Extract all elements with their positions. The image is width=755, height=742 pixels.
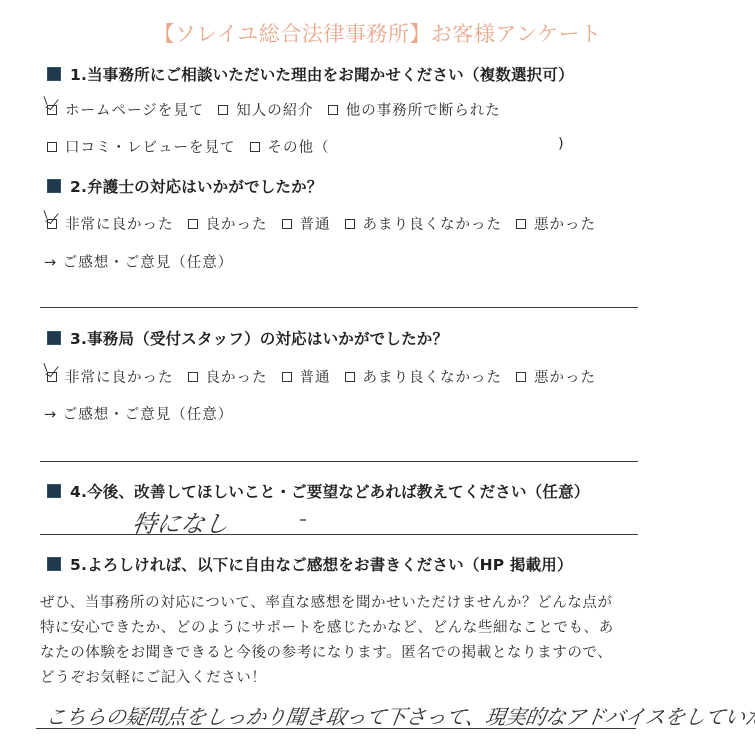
option-label: その他（	[268, 136, 330, 157]
instruction-line: ぜひ、当事務所の対応について、率直な感想を聞かせいただけませんか？どんな点が	[40, 591, 680, 616]
checkbox-icon[interactable]	[345, 219, 355, 229]
question-1-label: 1.当事務所にご相談いただいた理由をお聞かせください（複数選択可）	[70, 63, 574, 85]
option-average[interactable]: 普通	[282, 213, 331, 234]
instruction-line: なたの体験をお聞きできると今後の参考になります。匿名での掲載となりますので、	[40, 641, 680, 666]
bullet-square-icon	[47, 557, 61, 571]
question-5-label: 5.よろしければ、以下に自由なご感想をお書きください（HP 掲載用）	[70, 553, 573, 575]
option-label: 普通	[300, 213, 331, 234]
answer-line	[36, 728, 636, 729]
checkbox-checked-icon[interactable]	[47, 219, 57, 229]
option-label: 非常に良かった	[65, 213, 174, 234]
checkbox-icon[interactable]	[47, 142, 57, 152]
bullet-square-icon	[47, 331, 61, 345]
option-label: 口コミ・レビューを見て	[65, 136, 236, 157]
question-5: 5.よろしければ、以下に自由なご感想をお書きください（HP 掲載用）	[47, 553, 573, 575]
question-1: 1.当事務所にご相談いただいた理由をお聞かせください（複数選択可）	[47, 63, 574, 85]
checkbox-icon[interactable]	[188, 372, 198, 382]
instruction-line: どうぞお気軽にご記入ください！	[40, 666, 680, 691]
checkbox-icon[interactable]	[516, 219, 526, 229]
question-5-handwritten-answer[interactable]: こちらの疑問点をしっかり聞き取って下さって、現実的なアドバイスをしていただけた	[44, 700, 755, 730]
option-average[interactable]: 普通	[282, 366, 331, 387]
option-other[interactable]: その他（	[250, 136, 330, 157]
option-bad[interactable]: 悪かった	[516, 213, 596, 234]
option-rejected-elsewhere[interactable]: 他の事務所で断られた	[328, 99, 501, 120]
option-label: 悪かった	[534, 366, 596, 387]
option-not-very-good[interactable]: あまり良くなかった	[345, 366, 503, 387]
option-bad[interactable]: 悪かった	[516, 366, 596, 387]
answer-line	[40, 307, 638, 308]
question-3: 3.事務局（受付スタッフ）の対応はいかがでしたか？	[47, 327, 448, 349]
option-label: あまり良くなかった	[363, 213, 503, 234]
option-label: 悪かった	[534, 213, 596, 234]
question-3-label: 3.事務局（受付スタッフ）の対応はいかがでしたか？	[70, 327, 448, 349]
checkbox-icon[interactable]	[345, 372, 355, 382]
question-3-options: 非常に良かった 良かった 普通 あまり良くなかった 悪かった	[47, 366, 610, 387]
question-4-label: 4.今後、改善してほしいこと・ご要望などあれば教えてください（任意）	[70, 480, 589, 502]
question-2-options: 非常に良かった 良かった 普通 あまり良くなかった 悪かった	[47, 213, 610, 234]
question-3-comment-prompt: → ご感想・ご意見（任意）	[44, 403, 233, 424]
question-1-options-row-1: ホームページを見て 知人の紹介 他の事務所で断られた	[47, 99, 515, 120]
checkbox-icon[interactable]	[188, 219, 198, 229]
option-label: 良かった	[206, 366, 268, 387]
bullet-square-icon	[47, 484, 61, 498]
question-4: 4.今後、改善してほしいこと・ご要望などあれば教えてください（任意）	[47, 480, 589, 502]
checkbox-checked-icon[interactable]	[47, 105, 57, 115]
option-label: 他の事務所で断られた	[346, 99, 501, 120]
checkbox-icon[interactable]	[328, 105, 338, 115]
option-good[interactable]: 良かった	[188, 213, 268, 234]
checkbox-icon[interactable]	[250, 142, 260, 152]
option-label: 知人の紹介	[236, 99, 314, 120]
option-very-good[interactable]: 非常に良かった	[47, 213, 174, 234]
bullet-square-icon	[47, 67, 61, 81]
checkbox-icon[interactable]	[218, 105, 228, 115]
option-label: 普通	[300, 366, 331, 387]
option-very-good[interactable]: 非常に良かった	[47, 366, 174, 387]
other-close-paren: )	[558, 136, 564, 152]
option-label: あまり良くなかった	[363, 366, 503, 387]
stray-pen-mark	[300, 519, 306, 521]
survey-title: 【ソレイユ総合法律事務所】お客様アンケート	[0, 18, 755, 48]
answer-line	[40, 461, 638, 462]
option-not-very-good[interactable]: あまり良くなかった	[345, 213, 503, 234]
question-1-options-row-2: 口コミ・レビューを見て その他（	[47, 136, 344, 157]
option-label: ホームページを見て	[65, 99, 204, 120]
question-2-comment-prompt: → ご感想・ご意見（任意）	[44, 251, 233, 272]
option-label: 非常に良かった	[65, 366, 174, 387]
checkbox-icon[interactable]	[282, 219, 292, 229]
checkbox-icon[interactable]	[282, 372, 292, 382]
checkbox-checked-icon[interactable]	[47, 372, 57, 382]
option-homepage[interactable]: ホームページを見て	[47, 99, 204, 120]
option-reviews[interactable]: 口コミ・レビューを見て	[47, 136, 236, 157]
bullet-square-icon	[47, 179, 61, 193]
answer-line	[40, 534, 638, 535]
option-good[interactable]: 良かった	[188, 366, 268, 387]
question-2-label: 2.弁護士の対応はいかがでしたか？	[70, 175, 323, 197]
option-label: 良かった	[206, 213, 268, 234]
option-referral[interactable]: 知人の紹介	[218, 99, 314, 120]
checkbox-icon[interactable]	[516, 372, 526, 382]
question-5-instructions: ぜひ、当事務所の対応について、率直な感想を聞かせいただけませんか？どんな点が 特…	[40, 591, 680, 691]
question-2: 2.弁護士の対応はいかがでしたか？	[47, 175, 323, 197]
instruction-line: 特に安心できたか、どのようにサポートを感じたかなど、どんな些細なことでも、あ	[40, 616, 680, 641]
